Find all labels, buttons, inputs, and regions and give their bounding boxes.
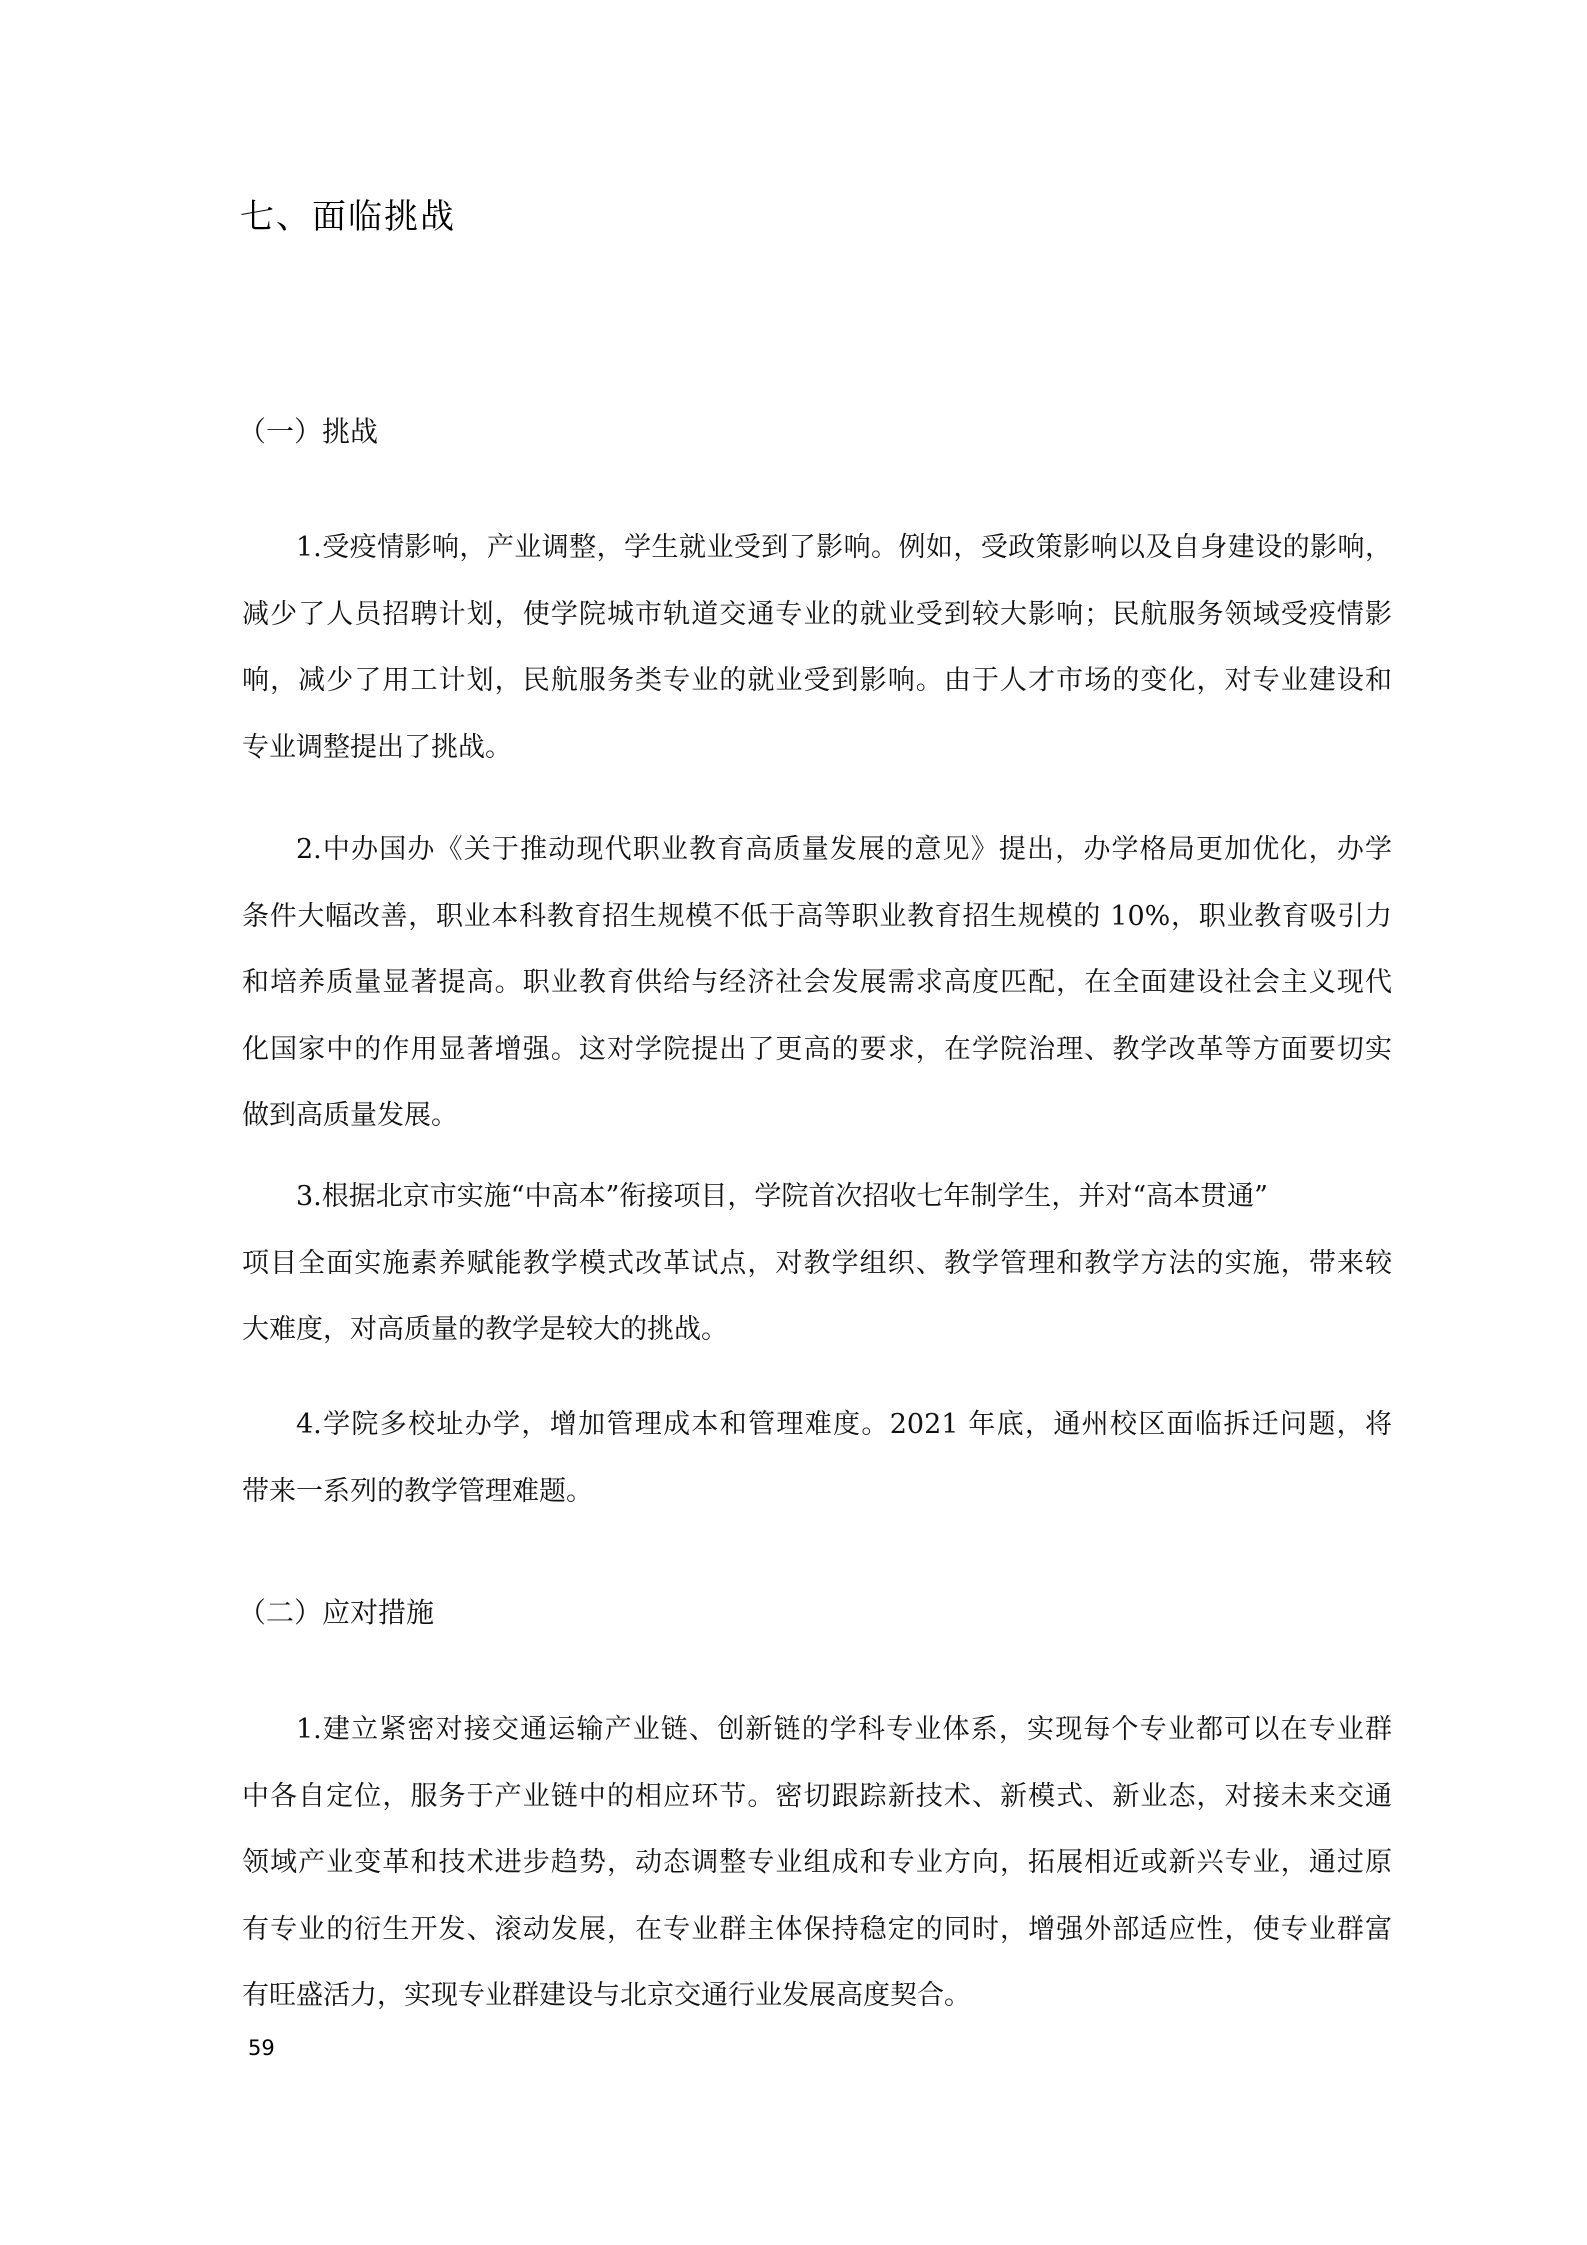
paragraph-line: 做到高质量发展。 <box>242 1083 1392 1150</box>
paragraph-line: 有专业的衍生开发、滚动发展，在专业群主体保持稳定的同时，增强外部适应性，使专业群… <box>242 1897 1392 1964</box>
paragraph-line: 化国家中的作用显著增强。这对学院提出了更高的要求，在学院治理、教学改革等方面要切… <box>242 1017 1392 1084</box>
paragraph-line: 1.建立紧密对接交通运输产业链、创新链的学科专业体系，实现每个专业都可以在专业群 <box>242 1697 1392 1764</box>
paragraph-line: 2.中办国办《关于推动现代职业教育高质量发展的意见》提出，办学格局更加优化，办学 <box>242 817 1392 884</box>
paragraph-line: 响，减少了用工计划，民航服务类专业的就业受到影响。由于人才市场的变化，对专业建设… <box>242 648 1392 715</box>
page-number: 59 <box>248 2036 275 2060</box>
countermeasure-paragraph-1: 1.建立紧密对接交通运输产业链、创新链的学科专业体系，实现每个专业都可以在专业群… <box>242 1697 1392 2030</box>
paragraph-line: 1.受疫情影响，产业调整，学生就业受到了影响。例如，受政策影响以及自身建设的影响… <box>242 515 1392 582</box>
paragraph-line: 专业调整提出了挑战。 <box>242 715 1392 782</box>
paragraph-line: 项目全面实施素养赋能教学模式改革试点，对教学组织、教学管理和教学方法的实施，带来… <box>242 1231 1392 1298</box>
paragraph-line: 条件大幅改善，职业本科教育招生规模不低于高等职业教育招生规模的 10%，职业教育… <box>242 884 1392 951</box>
paragraph-line: 中各自定位，服务于产业链中的相应环节。密切跟踪新技术、新模式、新业态，对接未来交… <box>242 1764 1392 1831</box>
section-heading-countermeasures: （二）应对措施 <box>238 1593 434 1633</box>
paragraph-line: 和培养质量显著提高。职业教育供给与经济社会发展需求高度匹配，在全面建设社会主义现… <box>242 950 1392 1017</box>
paragraph-line: 领域产业变革和技术进步趋势，动态调整专业组成和专业方向，拓展相近或新兴专业，通过… <box>242 1830 1392 1897</box>
paragraph-line: 有旺盛活力，实现专业群建设与北京交通行业发展高度契合。 <box>242 1963 1392 2030</box>
challenge-paragraph-2: 2.中办国办《关于推动现代职业教育高质量发展的意见》提出，办学格局更加优化，办学… <box>242 817 1392 1150</box>
paragraph-line: 3.根据北京市实施“中高本”衔接项目，学院首次招收七年制学生，并对“高本贯通” <box>242 1164 1392 1231</box>
challenge-paragraph-3: 3.根据北京市实施“中高本”衔接项目，学院首次招收七年制学生，并对“高本贯通” … <box>242 1164 1392 1364</box>
challenge-paragraph-4: 4.学院多校址办学，增加管理成本和管理难度。2021 年底，通州校区面临拆迁问题… <box>242 1392 1392 1525</box>
paragraph-line: 4.学院多校址办学，增加管理成本和管理难度。2021 年底，通州校区面临拆迁问题… <box>242 1392 1392 1459</box>
paragraph-line: 带来一系列的教学管理难题。 <box>242 1459 1392 1526</box>
section-heading-challenges: （一）挑战 <box>238 412 378 452</box>
document-page: 七、面临挑战 （一）挑战 1.受疫情影响，产业调整，学生就业受到了影响。例如，受… <box>0 0 1587 2245</box>
paragraph-line: 减少了人员招聘计划，使学院城市轨道交通专业的就业受到较大影响；民航服务领域受疫情… <box>242 582 1392 649</box>
chapter-title: 七、面临挑战 <box>240 195 456 239</box>
challenge-paragraph-1: 1.受疫情影响，产业调整，学生就业受到了影响。例如，受政策影响以及自身建设的影响… <box>242 515 1392 781</box>
paragraph-line: 大难度，对高质量的教学是较大的挑战。 <box>242 1297 1392 1364</box>
